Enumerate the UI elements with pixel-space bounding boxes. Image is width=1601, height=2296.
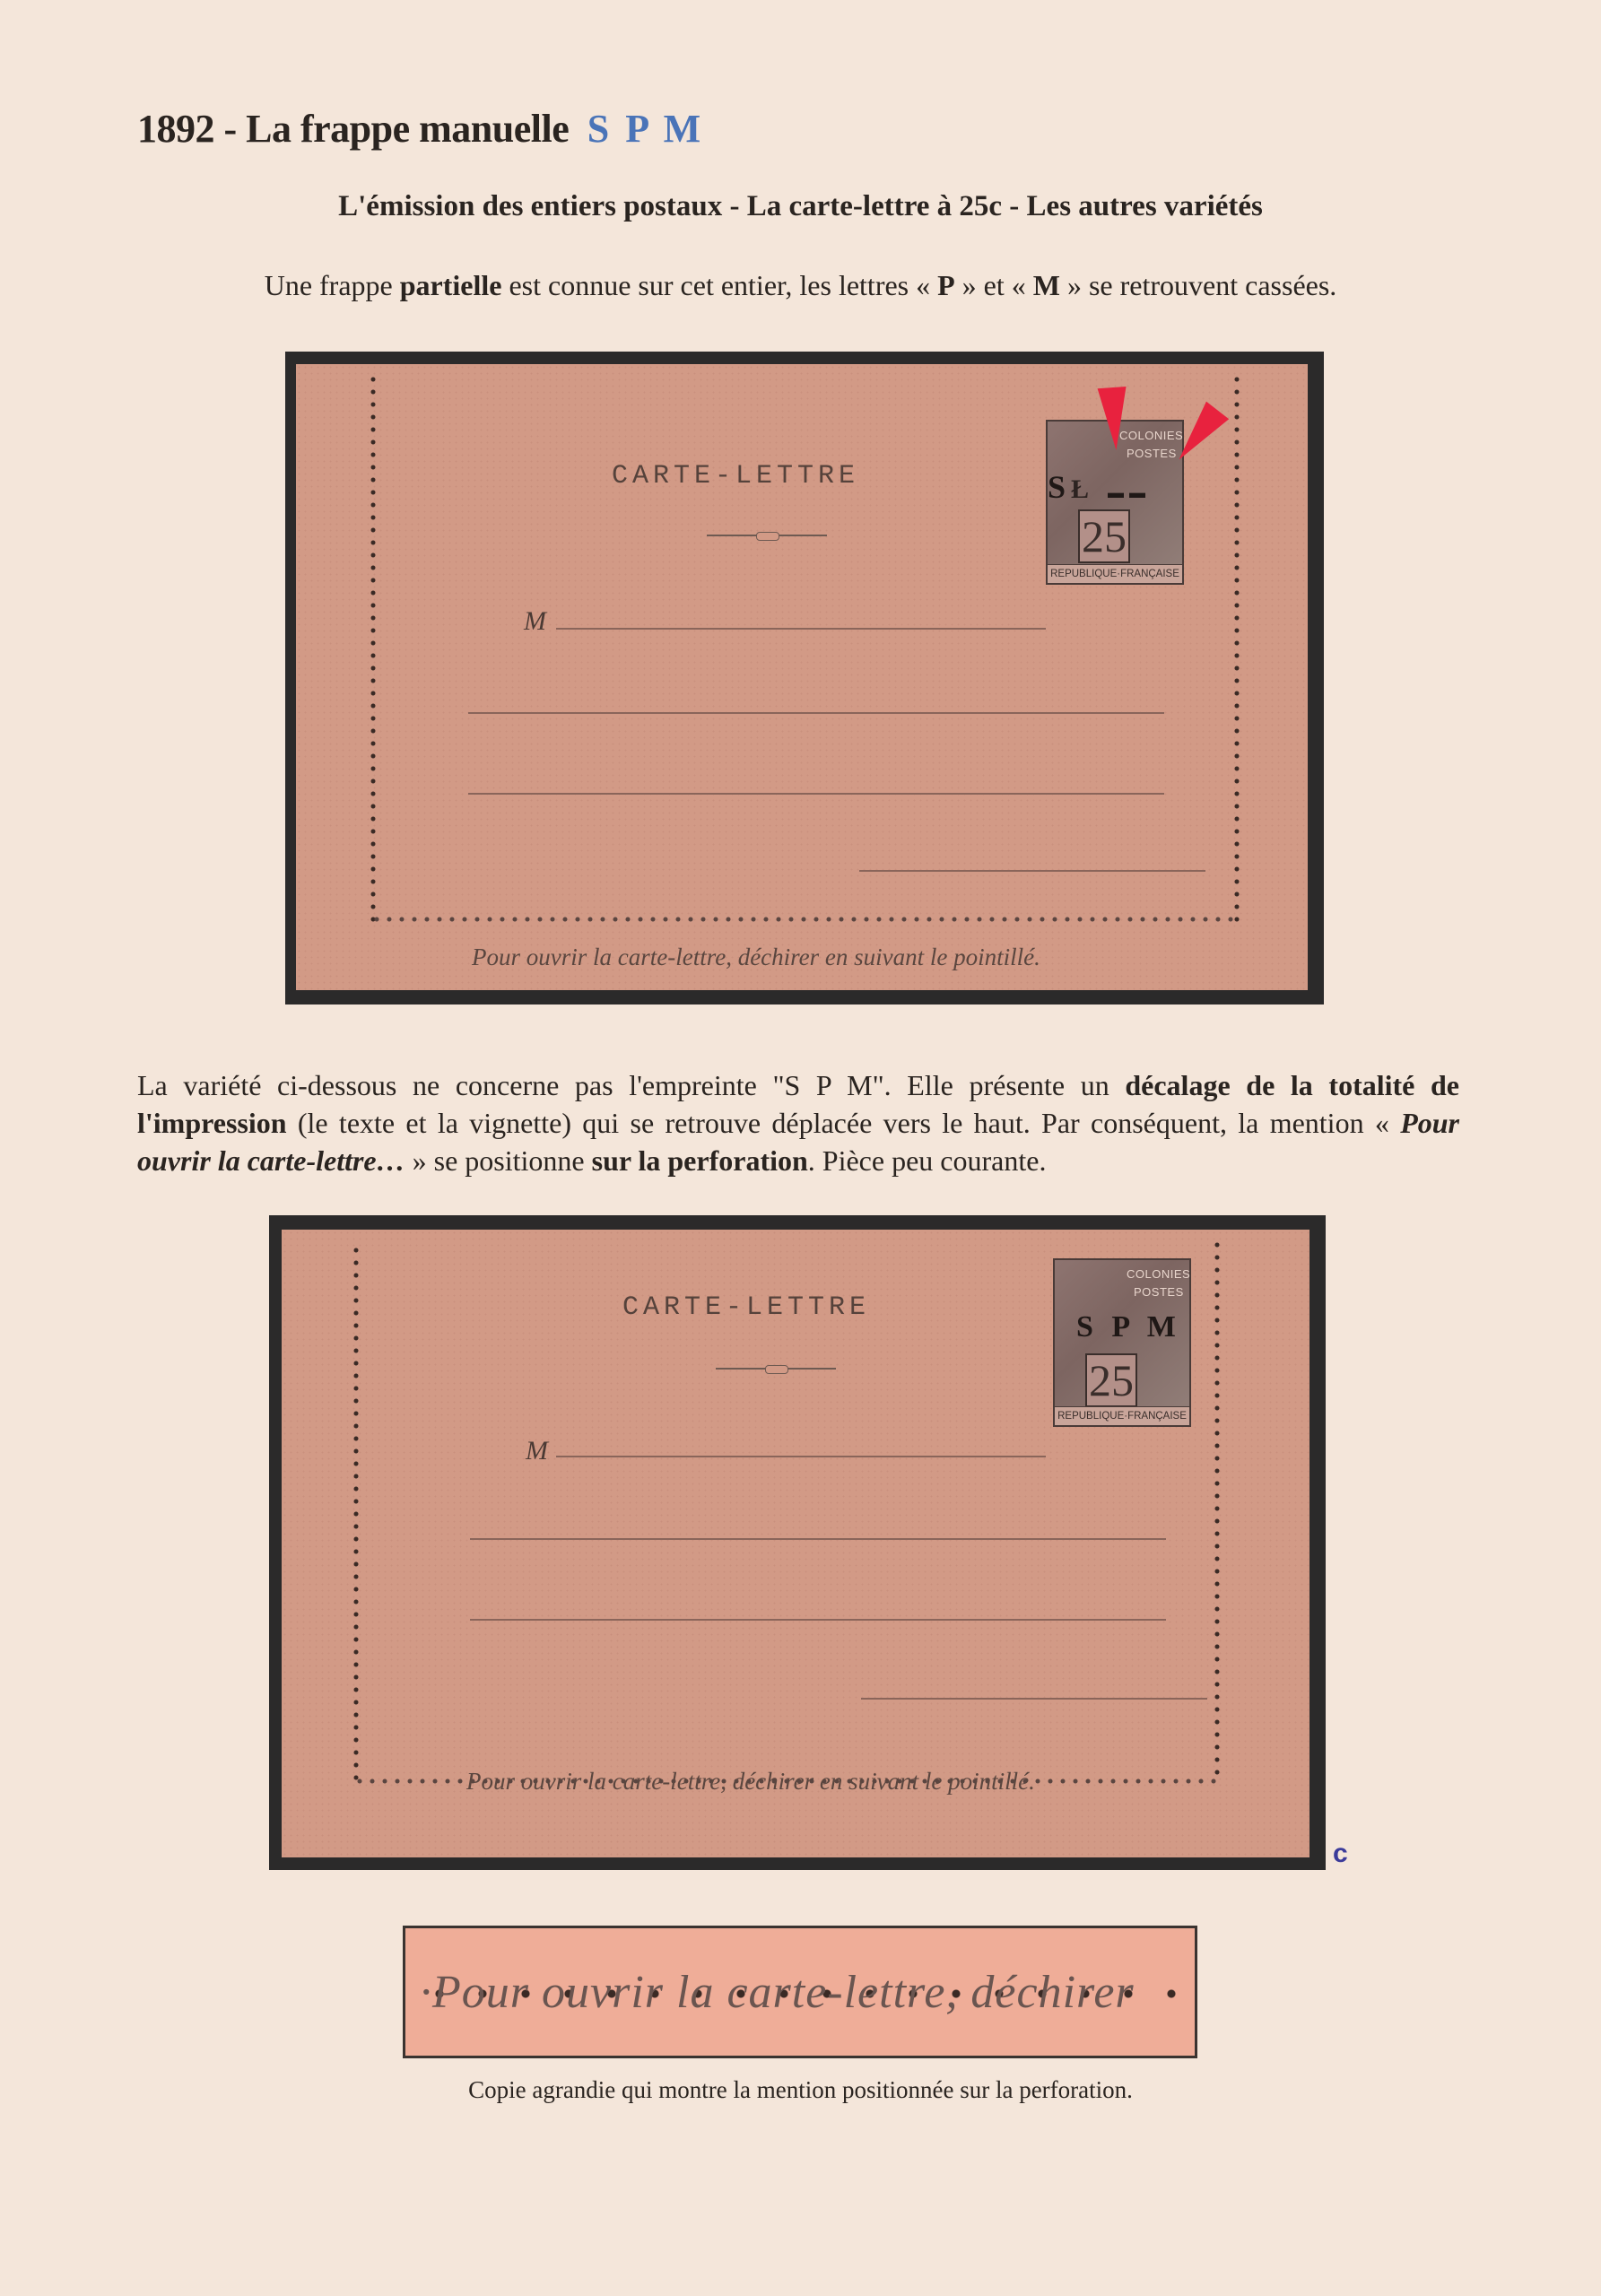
postage-stamp: COLONIES POSTES 25 REPUBLIQUE·FRANÇAISE … xyxy=(1053,1258,1191,1427)
tear-notice-shifted: Pour ouvrir la carte-lettre, déchirer en… xyxy=(466,1768,1035,1796)
card2-mount: CARTE-LETTRE M Pour ouvrir la carte-lett… xyxy=(269,1215,1326,1870)
para-text: (le texte et la vignette) qui se retrouv… xyxy=(287,1107,1401,1139)
address-line-1 xyxy=(556,1456,1046,1457)
card-title: CARTE-LETTRE xyxy=(622,1292,870,1323)
intro-bold: partielle xyxy=(400,269,502,301)
corner-mark: c xyxy=(1333,1839,1348,1869)
intro-paragraph: Une frappe partielle est connue sur cet … xyxy=(0,269,1601,302)
para-text: La variété ci-dessous ne concerne pas l'… xyxy=(137,1069,1125,1101)
card1-mount: CARTE-LETTRE M Pour ouvrir la carte-lett… xyxy=(285,352,1324,1004)
address-prefix: M xyxy=(524,606,546,637)
card-title: CARTE-LETTRE xyxy=(612,461,859,491)
address-line-2 xyxy=(470,1538,1166,1540)
address-line-1 xyxy=(556,628,1046,630)
address-prefix: M xyxy=(526,1436,548,1466)
ornament-rule xyxy=(716,1368,836,1370)
para-bold: sur la perforation xyxy=(592,1144,808,1177)
stamp-postes: POSTES xyxy=(1134,1285,1184,1299)
stamp-republique: REPUBLIQUE·FRANÇAISE xyxy=(1055,1406,1189,1425)
address-line-3 xyxy=(468,793,1164,795)
stamp-value: 25 xyxy=(1078,509,1130,563)
stamp-republique: REPUBLIQUE·FRANÇAISE xyxy=(1048,564,1182,583)
enlargement-caption: Copie agrandie qui montre la mention pos… xyxy=(0,2076,1601,2104)
page-subtitle: L'émission des entiers postaux - La cart… xyxy=(0,190,1601,223)
variety-paragraph: La variété ci-dessous ne concerne pas l'… xyxy=(137,1066,1459,1179)
address-line-4 xyxy=(859,870,1205,872)
intro-text: Une frappe xyxy=(265,269,400,301)
page-title: 1892 - La frappe manuelle S P M xyxy=(137,106,700,152)
intro-text: est connue sur cet entier, les lettres « xyxy=(501,269,937,301)
ornament-rule xyxy=(707,535,827,536)
tear-notice: Pour ouvrir la carte-lettre, déchirer en… xyxy=(472,944,1040,971)
address-line-2 xyxy=(468,712,1164,714)
perforation-right xyxy=(1214,1239,1220,1782)
enlargement-box: ·Pour ouvrir la carte-lettre, déchirer xyxy=(403,1926,1197,2058)
enlarged-notice: ·Pour ouvrir la carte-lettre, déchirer xyxy=(420,1966,1135,2019)
stamp-colonies: COLONIES xyxy=(1127,1267,1190,1281)
intro-bold: M xyxy=(1033,269,1060,301)
title-overprint: S P M xyxy=(587,107,700,151)
spm-overprint-partial: SŁ ▬▬ xyxy=(1048,468,1151,506)
intro-text: » et « xyxy=(955,269,1033,301)
spm-overprint: S P M xyxy=(1076,1310,1181,1344)
title-text: 1892 - La frappe manuelle xyxy=(137,107,569,151)
perforation-left xyxy=(370,373,376,922)
card2: CARTE-LETTRE M Pour ouvrir la carte-lett… xyxy=(282,1230,1310,1857)
para-text: . Pièce peu courante. xyxy=(808,1144,1047,1177)
intro-bold: P xyxy=(937,269,955,301)
address-line-4 xyxy=(861,1698,1207,1700)
stamp-value: 25 xyxy=(1085,1353,1137,1407)
address-line-3 xyxy=(470,1619,1166,1621)
highlight-arrow-p xyxy=(1098,387,1131,451)
intro-text: » se retrouvent cassées. xyxy=(1060,269,1336,301)
para-text: » se positionne xyxy=(405,1144,592,1177)
perforation-bottom xyxy=(370,917,1239,922)
card1: CARTE-LETTRE M Pour ouvrir la carte-lett… xyxy=(296,364,1308,990)
perforation-left xyxy=(353,1244,359,1782)
perforation-right xyxy=(1234,373,1240,922)
